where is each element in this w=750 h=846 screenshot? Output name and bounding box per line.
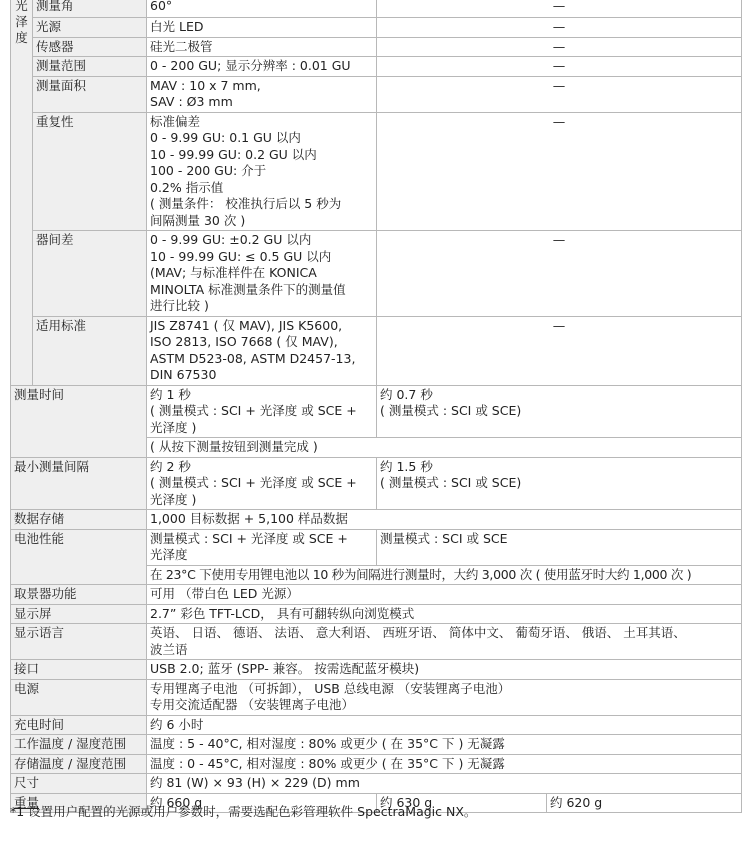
row-right-value: — [377,112,742,231]
row-right-value: — [377,0,742,18]
table-row-measure-time: 测量时间 约 1 秒( 测量模式 : SCI + 光泽度 或 SCE +光泽度 … [11,385,742,438]
table-row: 尺寸 约 81 (W) × 93 (H) × 229 (D) mm [11,774,742,794]
row-value: 约 6 小时 [147,715,742,735]
row-right-value: — [377,76,742,112]
table-row-battery: 电池性能 测量模式 : SCI + 光泽度 或 SCE +光泽度 测量模式 : … [11,529,742,565]
row-value: 英语、 日语、 德语、 法语、 意大利语、 西班牙语、 简体中文、 葡萄牙语、 … [147,624,742,660]
row-label: 测量范围 [33,57,147,77]
row-value: 标准偏差0 - 9.99 GU: 0.1 GU 以内10 - 99.99 GU:… [147,112,377,231]
row-label: 接口 [11,660,147,680]
row-label: 显示语言 [11,624,147,660]
table-row: 取景器功能 可用 （带白色 LED 光源） [11,585,742,605]
row-value-right: 测量模式 : SCI 或 SCE [377,529,742,565]
table-row: 适用标准 JIS Z8741 ( 仅 MAV), JIS K5600,ISO 2… [11,316,742,385]
row-label: 测量角 [33,0,147,18]
weight-value-3: 约 620 g [547,793,742,813]
row-label: 显示屏 [11,604,147,624]
row-value-right: 约 1.5 秒( 测量模式 : SCI 或 SCE) [377,457,742,510]
row-value: 白光 LED [147,18,377,38]
table-row: 传感器 硅光二极管 — [11,37,742,57]
gloss-group-text: 光泽度 [15,0,29,46]
row-label: 存储温度 / 湿度范围 [11,754,147,774]
table-row: 显示语言 英语、 日语、 德语、 法语、 意大利语、 西班牙语、 简体中文、 葡… [11,624,742,660]
row-value: 约 81 (W) × 93 (H) × 229 (D) mm [147,774,742,794]
table-row: 光源 白光 LED — [11,18,742,38]
table-row: 显示屏 2.7” 彩色 TFT-LCD， 具有可翻转纵向浏览模式 [11,604,742,624]
row-note: ( 从按下测量按钮到测量完成 ) [147,438,742,458]
row-value: 温度 : 5 - 40°C, 相对湿度 : 80% 或更少 ( 在 35°C 下… [147,735,742,755]
table-row: 电源 专用锂离子电池 （可拆卸）， USB 总线电源 （安装锂离子电池）专用交流… [11,679,742,715]
row-right-value: — [377,37,742,57]
row-right-value: — [377,231,742,317]
gloss-group-label: 光泽度 [11,0,33,385]
row-value-left: 约 1 秒( 测量模式 : SCI + 光泽度 或 SCE +光泽度 ) [147,385,377,438]
table-row: 器间差 0 - 9.99 GU: ±0.2 GU 以内10 - 99.99 GU… [11,231,742,317]
row-label: 工作温度 / 湿度范围 [11,735,147,755]
row-label: 电池性能 [11,529,147,585]
row-value: 硅光二极管 [147,37,377,57]
row-label: 最小测量间隔 [11,457,147,510]
spec-table: 光泽度 测量角 60° — 光源 白光 LED — 传感器 硅光二极管 — 测量… [10,0,742,813]
row-value: MAV : 10 x 7 mm,SAV : Ø3 mm [147,76,377,112]
table-row: 工作温度 / 湿度范围 温度 : 5 - 40°C, 相对湿度 : 80% 或更… [11,735,742,755]
row-label: 尺寸 [11,774,147,794]
row-value: 0 - 200 GU; 显示分辨率 : 0.01 GU [147,57,377,77]
row-label: 器间差 [33,231,147,317]
row-label: 重复性 [33,112,147,231]
row-note: 在 23°C 下使用专用锂电池以 10 秒为间隔进行测量时，大约 3,000 次… [147,565,742,585]
row-value: 1,000 目标数据 + 5,100 样品数据 [147,510,742,530]
row-value: JIS Z8741 ( 仅 MAV), JIS K5600,ISO 2813, … [147,316,377,385]
row-value-left: 测量模式 : SCI + 光泽度 或 SCE +光泽度 [147,529,377,565]
row-label: 数据存储 [11,510,147,530]
row-label: 测量时间 [11,385,147,457]
row-label: 电源 [11,679,147,715]
row-label: 传感器 [33,37,147,57]
row-right-value: — [377,57,742,77]
row-value: 2.7” 彩色 TFT-LCD， 具有可翻转纵向浏览模式 [147,604,742,624]
row-label: 充电时间 [11,715,147,735]
table-row: 测量面积 MAV : 10 x 7 mm,SAV : Ø3 mm — [11,76,742,112]
row-value: 专用锂离子电池 （可拆卸）， USB 总线电源 （安装锂离子电池）专用交流适配器… [147,679,742,715]
row-label: 适用标准 [33,316,147,385]
table-row-storage: 数据存储 1,000 目标数据 + 5,100 样品数据 [11,510,742,530]
row-value-left: 约 2 秒( 测量模式 : SCI + 光泽度 或 SCE +光泽度 ) [147,457,377,510]
row-value: USB 2.0; 蓝牙 (SPP- 兼容。 按需选配蓝牙模块) [147,660,742,680]
table-row: 测量范围 0 - 200 GU; 显示分辨率 : 0.01 GU — [11,57,742,77]
row-right-value: — [377,18,742,38]
table-row: 充电时间 约 6 小时 [11,715,742,735]
footnote: *1 设置用户配置的光源或用户参数时，需要选配色彩管理软件 SpectraMag… [10,802,476,820]
table-row-min-interval: 最小测量间隔 约 2 秒( 测量模式 : SCI + 光泽度 或 SCE +光泽… [11,457,742,510]
row-value: 温度 : 0 - 45°C, 相对湿度 : 80% 或更少 ( 在 35°C 下… [147,754,742,774]
table-row: 光泽度 测量角 60° — [11,0,742,18]
row-label: 测量面积 [33,76,147,112]
row-value-right: 约 0.7 秒( 测量模式 : SCI 或 SCE) [377,385,742,438]
row-label: 光源 [33,18,147,38]
table-row: 接口 USB 2.0; 蓝牙 (SPP- 兼容。 按需选配蓝牙模块) [11,660,742,680]
row-label: 取景器功能 [11,585,147,605]
row-value: 60° [147,0,377,18]
table-row: 存储温度 / 湿度范围 温度 : 0 - 45°C, 相对湿度 : 80% 或更… [11,754,742,774]
row-right-value: — [377,316,742,385]
row-value: 可用 （带白色 LED 光源） [147,585,742,605]
table-row: 重复性 标准偏差0 - 9.99 GU: 0.1 GU 以内10 - 99.99… [11,112,742,231]
row-value: 0 - 9.99 GU: ±0.2 GU 以内10 - 99.99 GU: ≤ … [147,231,377,317]
